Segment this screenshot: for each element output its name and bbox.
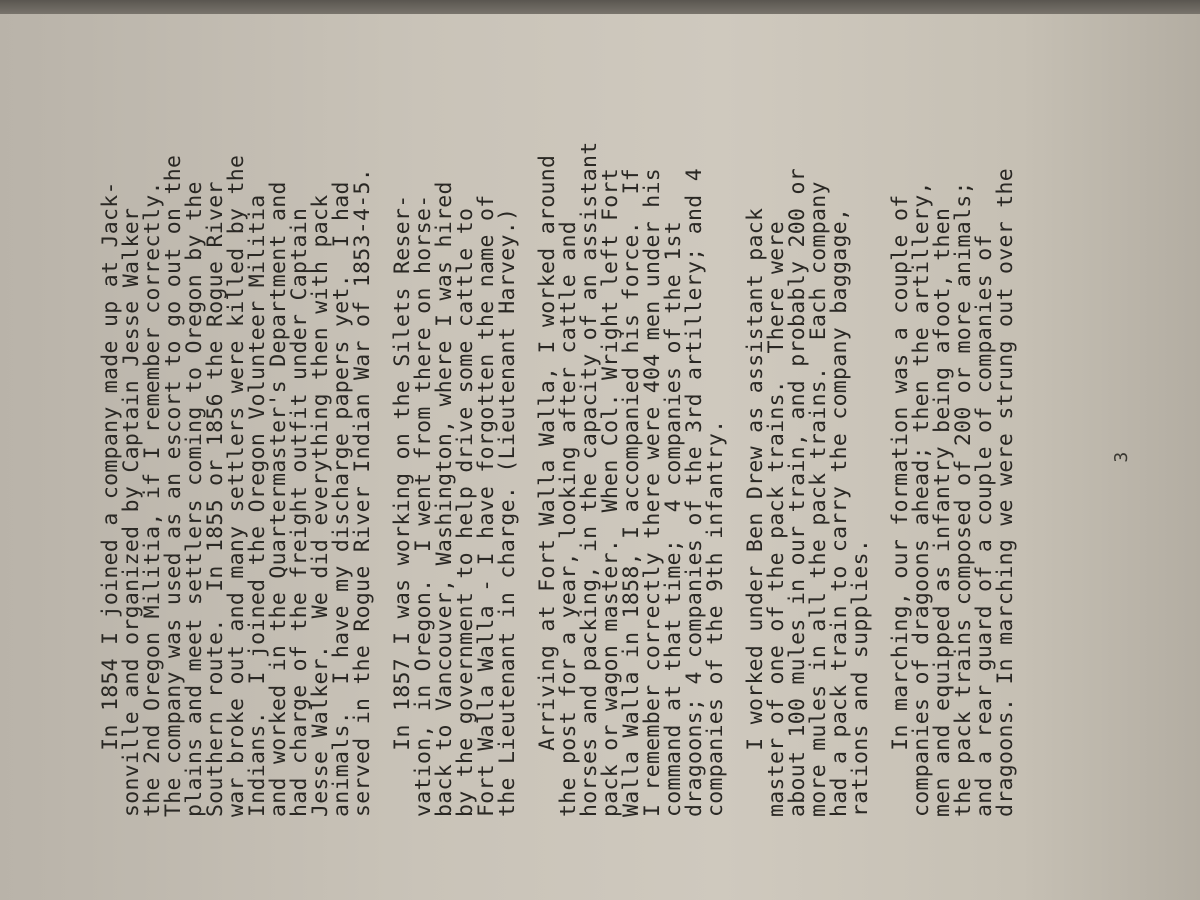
- paragraph: In 1857 I was working on the Silets Rese…: [392, 142, 518, 817]
- text-line: command at that time; 4 companies of the…: [663, 142, 684, 817]
- paragraph: In marching, our formation was a couple …: [890, 142, 1016, 817]
- paragraph: In 1854 I joined a company made up at Ja…: [100, 142, 373, 817]
- text-line: back to Vancouver, Washington, where I w…: [434, 142, 455, 817]
- text-line: animals. I have my discharge papers yet.…: [331, 142, 352, 817]
- rotated-page-content: In 1854 I joined a company made up at Ja…: [40, 47, 1160, 867]
- text-line: the 2nd Oregon Militia, if I remember co…: [142, 142, 163, 817]
- text-line: vation, in Oregon. I went from there on …: [413, 142, 434, 817]
- text-line: In marching, our formation was a couple …: [890, 142, 911, 817]
- text-line: Walla Walla in 1858, I accompanied his f…: [621, 142, 642, 817]
- text-line: companies of dragoons ahead; then the ar…: [911, 142, 932, 817]
- text-line: Indians. I joined the Oregon Volunteer M…: [247, 142, 268, 817]
- paragraph: I worked under Ben Drew as assistant pac…: [745, 142, 871, 817]
- text-line: plains and meet settlers coming to Orego…: [184, 142, 205, 817]
- text-line: had a pack train to carry the company ba…: [829, 142, 850, 817]
- text-line: the post for a year, looking after cattl…: [558, 142, 579, 817]
- text-line: war broke out and many settlers were kil…: [226, 142, 247, 817]
- text-line: Arriving at Fort Walla Walla, I worked a…: [537, 142, 558, 817]
- text-line: The company was used as an escort to go …: [163, 142, 184, 817]
- text-line: and worked in the Quartermaster's Depart…: [268, 142, 289, 817]
- text-line: pack or wagon master. When Col. Wright l…: [600, 142, 621, 817]
- text-line: companies of the 9th infantry.: [705, 142, 726, 817]
- text-line: I worked under Ben Drew as assistant pac…: [745, 142, 766, 817]
- typewritten-page: In 1854 I joined a company made up at Ja…: [0, 14, 1200, 900]
- text-line: Fort Walla Walla - I have forgotten the …: [476, 142, 497, 817]
- text-line: more mules in all the pack trains. Each …: [808, 142, 829, 817]
- text-line: sonville and organized by Captain Jesse …: [121, 142, 142, 817]
- text-line: and a rear guard of a couple of companie…: [974, 142, 995, 817]
- text-line: In 1857 I was working on the Silets Rese…: [392, 142, 413, 817]
- text-line: master of one of the pack trains. There …: [766, 142, 787, 817]
- text-line: rations and supplies.: [850, 142, 871, 817]
- text-line: about 100 mules in our train, and probab…: [787, 142, 808, 817]
- page-number: 3: [1111, 47, 1132, 867]
- page-body: In 1854 I joined a company made up at Ja…: [100, 142, 1035, 817]
- text-line: dragoons; 4 companies of the 3rd artille…: [684, 142, 705, 817]
- text-line: dragoons. In marching we were strung out…: [995, 142, 1016, 817]
- text-line: In 1854 I joined a company made up at Ja…: [100, 142, 121, 817]
- text-line: the Lieutenant in charge. (Lieutenant Ha…: [497, 142, 518, 817]
- text-line: by the government to help drive some cat…: [455, 142, 476, 817]
- text-line: I remember correctly there were 404 men …: [642, 142, 663, 817]
- text-line: Southern route. In 1855 or 1856 the Rogu…: [205, 142, 226, 817]
- text-line: men and equipped as infantry being afoot…: [932, 142, 953, 817]
- paragraph: Arriving at Fort Walla Walla, I worked a…: [537, 142, 726, 817]
- text-line: horses and packing, in the capacity of a…: [579, 142, 600, 817]
- text-line: had charge of the freight outfit under C…: [289, 142, 310, 817]
- text-line: Jesse Walker. We did everything then wit…: [310, 142, 331, 817]
- text-line: served in the Rogue River Indian War of …: [352, 142, 373, 817]
- text-line: the pack trains composed of 200 or more …: [953, 142, 974, 817]
